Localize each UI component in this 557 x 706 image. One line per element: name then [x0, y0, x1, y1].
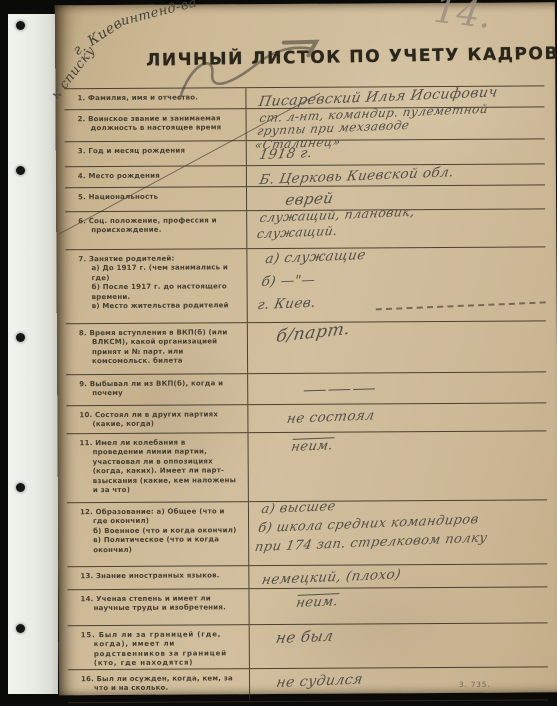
field-label: 11. Имел ли колебания в проведении линии… [66, 433, 247, 502]
handwritten-answer: 1918 г. [258, 145, 314, 165]
field-label: 7. Занятие родителей: а) До 1917 г. (чем… [65, 249, 246, 323]
field-label: 2. Воинское звание и занимаемая должност… [65, 109, 246, 141]
handwritten-answer: неим. [295, 594, 340, 613]
handwritten-answer: б/парт. [275, 318, 352, 348]
handwritten-answer: а) служащие б) —"— г. Киев. [256, 244, 368, 317]
form-row: 9. Выбывал ли из ВКП(б), когда и почему … [66, 372, 546, 406]
form-table: 1. Фамилия, имя и отчество. Писаревский … [64, 85, 548, 703]
field-label: 4. Место рождения [65, 166, 246, 187]
field-label: 14. Ученая степень и имеет ли научные тр… [67, 589, 248, 625]
handwritten-answer: а) высшее б) школа средних командиров пр… [253, 492, 495, 558]
form-row: 4. Место рождения Б. Церковь Киевской об… [65, 164, 545, 188]
handwritten-answer: не состоял [285, 407, 375, 428]
handwritten-answer: ——— [302, 379, 377, 401]
pencil-page-number: 14. [432, 0, 494, 37]
handwritten-answer: неим. [290, 438, 335, 457]
form-row: 2. Воинское звание и занимаемая должност… [65, 107, 545, 142]
field-label: 6. Соц. положение, профессия и происхожд… [65, 211, 246, 249]
printers-mark: З. 735. [459, 681, 491, 689]
form-row: 12. Образование: а) Общее (что и где око… [67, 500, 547, 567]
handwritten-answer: немецкий, (плохо) [260, 566, 402, 589]
field-label: 1. Фамилия, имя и отчество. [64, 88, 245, 109]
form-row: 3. Год и месяц рождения 1918 г. [65, 139, 545, 167]
form-row: 7. Занятие родителей: а) До 1917 г. (чем… [65, 247, 545, 324]
form-row: 8. Время вступления в ВКП(б) (или ВЛКСМ)… [66, 321, 546, 375]
field-label: 9. Выбывал ли из ВКП(б), когда и почему [66, 374, 247, 405]
field-label: 8. Время вступления в ВКП(б) (или ВЛКСМ)… [66, 323, 247, 374]
handwritten-answer: не был [274, 627, 335, 649]
form-row: 13. Знание иностранных языков. немецкий,… [67, 564, 547, 590]
field-label: 15. Был ли за границей (где, когда), име… [68, 625, 249, 669]
form-row: 6. Соц. положение, профессия и происхожд… [65, 209, 545, 250]
field-label: 13. Знание иностранных языков. [67, 566, 248, 589]
field-label: 3. Год и месяц рождения [65, 141, 246, 166]
field-label: 12. Образование: а) Общее (что и где око… [67, 502, 248, 566]
form-row: 15. Был ли за границей (где, когда), име… [68, 623, 548, 670]
field-label: 16. Был ли осужден, когда, кем, за что и… [68, 669, 249, 702]
field-label: 5. Национальность [65, 187, 246, 211]
handwritten-answer: служащий, плановик, служащий. [256, 204, 416, 242]
scanned-document: интенд-ва г. Киев к списку 14. ЛИЧНЫЙ ЛИ… [0, 0, 557, 706]
form-row: 10. Состоял ли в других партиях (какие, … [66, 403, 546, 434]
field-label: 10. Состоял ли в других партиях (какие, … [66, 405, 247, 433]
form-row: 14. Ученая степень и имеет ли научные тр… [67, 587, 547, 626]
handwritten-answer: не судился [275, 670, 365, 692]
